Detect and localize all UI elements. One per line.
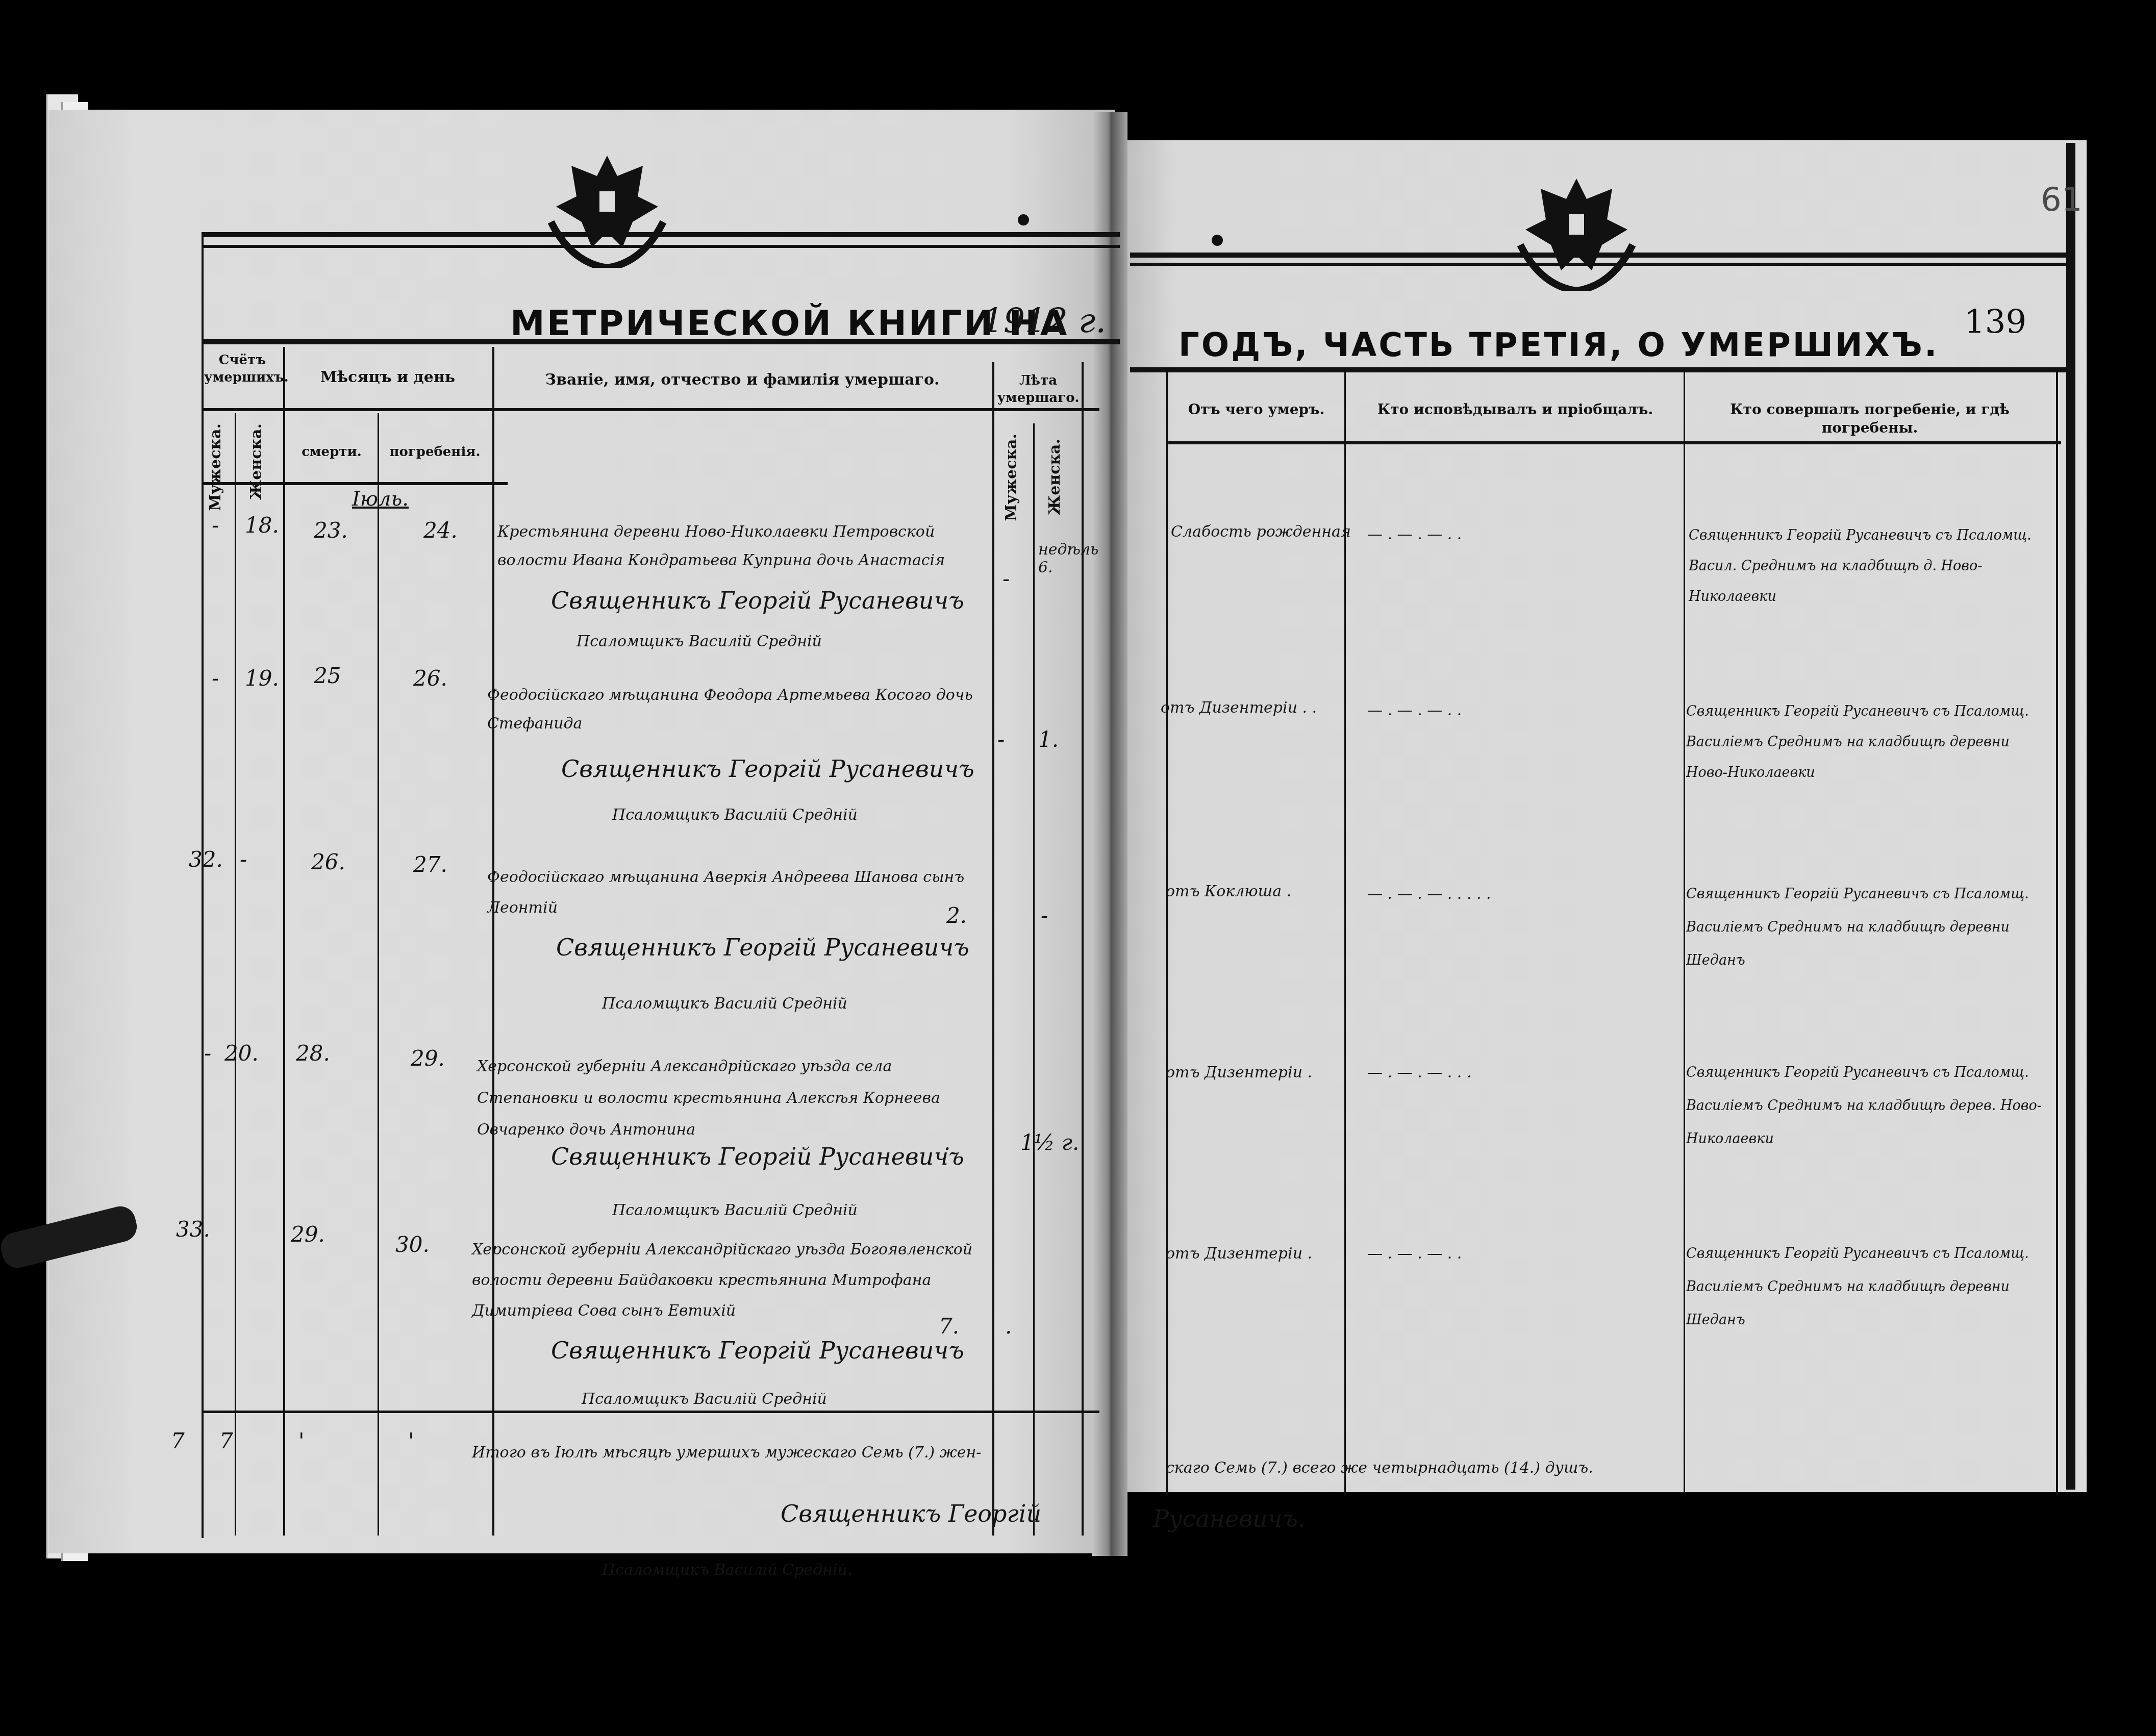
year-handwritten: 1912 г. (982, 301, 1106, 340)
entry-death-day: 23. (314, 518, 348, 543)
folio-number: 61 (2041, 181, 2082, 219)
entry-cause: отъ Дизентеріи . (1166, 1245, 1312, 1263)
priest-signature: Священникъ Георгій Русаневичъ (556, 934, 969, 961)
entry-description: Херсонской губерніи Александрійскаго уѣз… (477, 1051, 977, 1146)
header-cause: Отъ чего умеръ. (1168, 400, 1344, 419)
summary-male-total: 7 (171, 1428, 185, 1453)
header-confessor: Кто исповѣдывалъ и пріобщалъ. (1347, 400, 1684, 419)
double-headed-eagle-emblem-icon (541, 145, 673, 268)
priest-signature: Священникъ Георгій Русаневичъ (551, 587, 964, 614)
clerk-signature: Псаломщикъ Василій Средній (602, 995, 847, 1013)
col-border (202, 237, 204, 1538)
entry-age-female: - (1041, 903, 1048, 928)
double-headed-eagle-emblem-icon (1510, 168, 1643, 291)
entry-age-female: . (1005, 1314, 1012, 1339)
entry-cause: отъ Коклюша . (1166, 883, 1291, 900)
right-title-rule (1130, 367, 2069, 372)
summary-clerk-signature: Псаломщикъ Василій Средній. (602, 1561, 852, 1579)
entry-male-no: 33. (176, 1217, 210, 1242)
priest-signature: Священникъ Георгій Русаневичъ (551, 1337, 964, 1364)
col-border (1082, 362, 1084, 1536)
entry-burial: Священникъ Георгій Русаневичъ съ Псаломщ… (1689, 520, 2056, 612)
entry-cause: отъ Дизентеріи . . (1161, 699, 1317, 717)
entry-age-male: 7. (939, 1314, 959, 1339)
summary-burial-mark: ' (408, 1428, 414, 1453)
header-rule (202, 408, 1099, 411)
col-border (1166, 372, 1168, 1495)
header-count-male: Мужеска. (207, 423, 224, 511)
entry-description: Крестьянина деревни Ново-Николаевки Петр… (497, 518, 987, 575)
header-name: Званіе, имя, отчество и фамилія умершаго… (497, 370, 987, 390)
entry-description: Феодосійскаго мѣщанина Аверкія Андреева … (487, 862, 977, 923)
col-border (492, 347, 494, 1536)
entry-burial: Священникъ Георгій Русаневичъ съ Псаломщ… (1686, 696, 2053, 788)
entry-death-day: 28. (296, 1041, 330, 1066)
entry-cause: Слабость рожденная (1171, 523, 1351, 541)
punch-hole (1212, 235, 1223, 246)
col-border (1684, 372, 1685, 1495)
entry-male-no: - (212, 666, 219, 691)
entry-burial-day: 26. (413, 666, 447, 691)
right-page-border (2066, 143, 2075, 1490)
entry-burial-day: 30. (395, 1232, 430, 1257)
entry-burial-day: 29. (411, 1046, 445, 1071)
entry-male-no: - (212, 513, 219, 538)
header-rule (1168, 441, 2061, 444)
entry-age-male: - (997, 727, 1005, 752)
clerk-signature: Псаломщикъ Василій Средній (582, 1390, 827, 1408)
col-border (992, 362, 994, 1536)
entry-death-day: 25 (314, 663, 341, 688)
clerk-signature: Псаломщикъ Василій Средній (612, 1201, 858, 1219)
header-age-male: Мужеска. (1002, 434, 1020, 521)
entry-male-no: - (204, 1041, 211, 1066)
header-age: Лѣта умершаго. (995, 372, 1082, 407)
entry-burial: Священникъ Георгій Русаневичъ съ Псаломщ… (1686, 1056, 2053, 1155)
entry-age-male: - (1002, 566, 1010, 591)
col-border (1344, 372, 1346, 1495)
entry-age-male: . (944, 1130, 950, 1155)
clerk-signature: Псаломщикъ Василій Средній (612, 806, 858, 824)
top-border (1130, 253, 2069, 258)
entry-cause: отъ Дизентеріи . (1166, 1064, 1312, 1081)
summary-text-right: скаго Семь (7.) всего же четырнадцать (1… (1166, 1459, 1593, 1477)
entry-confessor: — . — . — . . . . . (1367, 885, 1491, 903)
header-count: Счётъ умершихъ. (204, 352, 281, 387)
col-border (2056, 372, 2058, 1495)
top-border (202, 232, 1120, 237)
col-border (1033, 423, 1035, 1536)
summary-female-total: 7 (219, 1428, 233, 1453)
entry-burial-day: 24. (423, 518, 458, 543)
entry-male-no: 32. (189, 847, 223, 872)
priest-signature: Священникъ Георгій Русаневичъ (551, 1143, 964, 1170)
header-death: смерти. (286, 444, 378, 461)
summary-death-mark: ' (298, 1428, 305, 1453)
right-page-title: ГОДЪ, ЧАСТЬ ТРЕТІЯ, О УМЕРШИХЪ. (1179, 326, 1939, 364)
header-count-female: Женска. (247, 423, 265, 500)
entry-age-female: 1. (1038, 727, 1059, 752)
priest-signature: Священникъ Георгій Русаневичъ (561, 755, 974, 783)
punch-hole (1018, 214, 1029, 225)
entry-burial: Священникъ Георгій Русаневичъ съ Псаломщ… (1686, 877, 2053, 977)
header-burial-place: Кто совершалъ погребеніе, и гдѣ погребен… (1686, 400, 2053, 438)
entry-description: Херсонской губерніи Александрійскаго уѣз… (472, 1235, 977, 1326)
entry-confessor: — . — . — . . . (1367, 1064, 1471, 1081)
summary-priest-signature-right: Русаневичъ. (1153, 1505, 1306, 1532)
entry-age-female: 1½ г. (1020, 1130, 1079, 1155)
entry-age-male: 2. (946, 903, 967, 928)
entry-age-female: недѣль 6. (1038, 541, 1079, 576)
header-month-day: Мѣсяцъ и день (286, 367, 490, 387)
entry-burial: Священникъ Георгій Русаневичъ съ Псаломщ… (1686, 1237, 2053, 1337)
entry-death-day: 29. (291, 1222, 325, 1247)
entry-female-no: 20. (224, 1041, 259, 1066)
top-border-inner (1130, 263, 2069, 266)
clerk-signature: Псаломщикъ Василій Средній (576, 633, 822, 650)
entry-female-no: - (240, 847, 247, 872)
entry-description: Феодосійскаго мѣщанина Феодора Артемьева… (487, 681, 977, 738)
entry-female-no: 18. (245, 513, 279, 538)
summary-rule (202, 1411, 1099, 1413)
page-number: 139 (1964, 304, 2026, 341)
summary-priest-signature-left: Священникъ Георгій (781, 1500, 1041, 1527)
left-title-rule (202, 339, 1120, 344)
entry-confessor: — . — . — . . (1367, 701, 1462, 719)
entry-female-no: 19. (245, 666, 279, 691)
entry-confessor: — . — . — . . (1367, 1245, 1462, 1263)
entry-burial-day: 27. (413, 852, 447, 877)
col-border (378, 413, 379, 1536)
header-age-female: Женска. (1046, 439, 1064, 515)
month-label: Іюль. (352, 487, 409, 511)
col-border (283, 347, 285, 1536)
entry-death-day: 26. (311, 849, 345, 874)
header-burial-date: погребенія. (380, 444, 490, 461)
summary-text-left: Итого въ Іюлѣ мѣсяцѣ умершихъ мужескаго … (472, 1444, 981, 1462)
col-border (235, 413, 236, 1536)
entry-confessor: — . — . — . . (1367, 525, 1462, 543)
top-border-inner (202, 245, 1120, 248)
